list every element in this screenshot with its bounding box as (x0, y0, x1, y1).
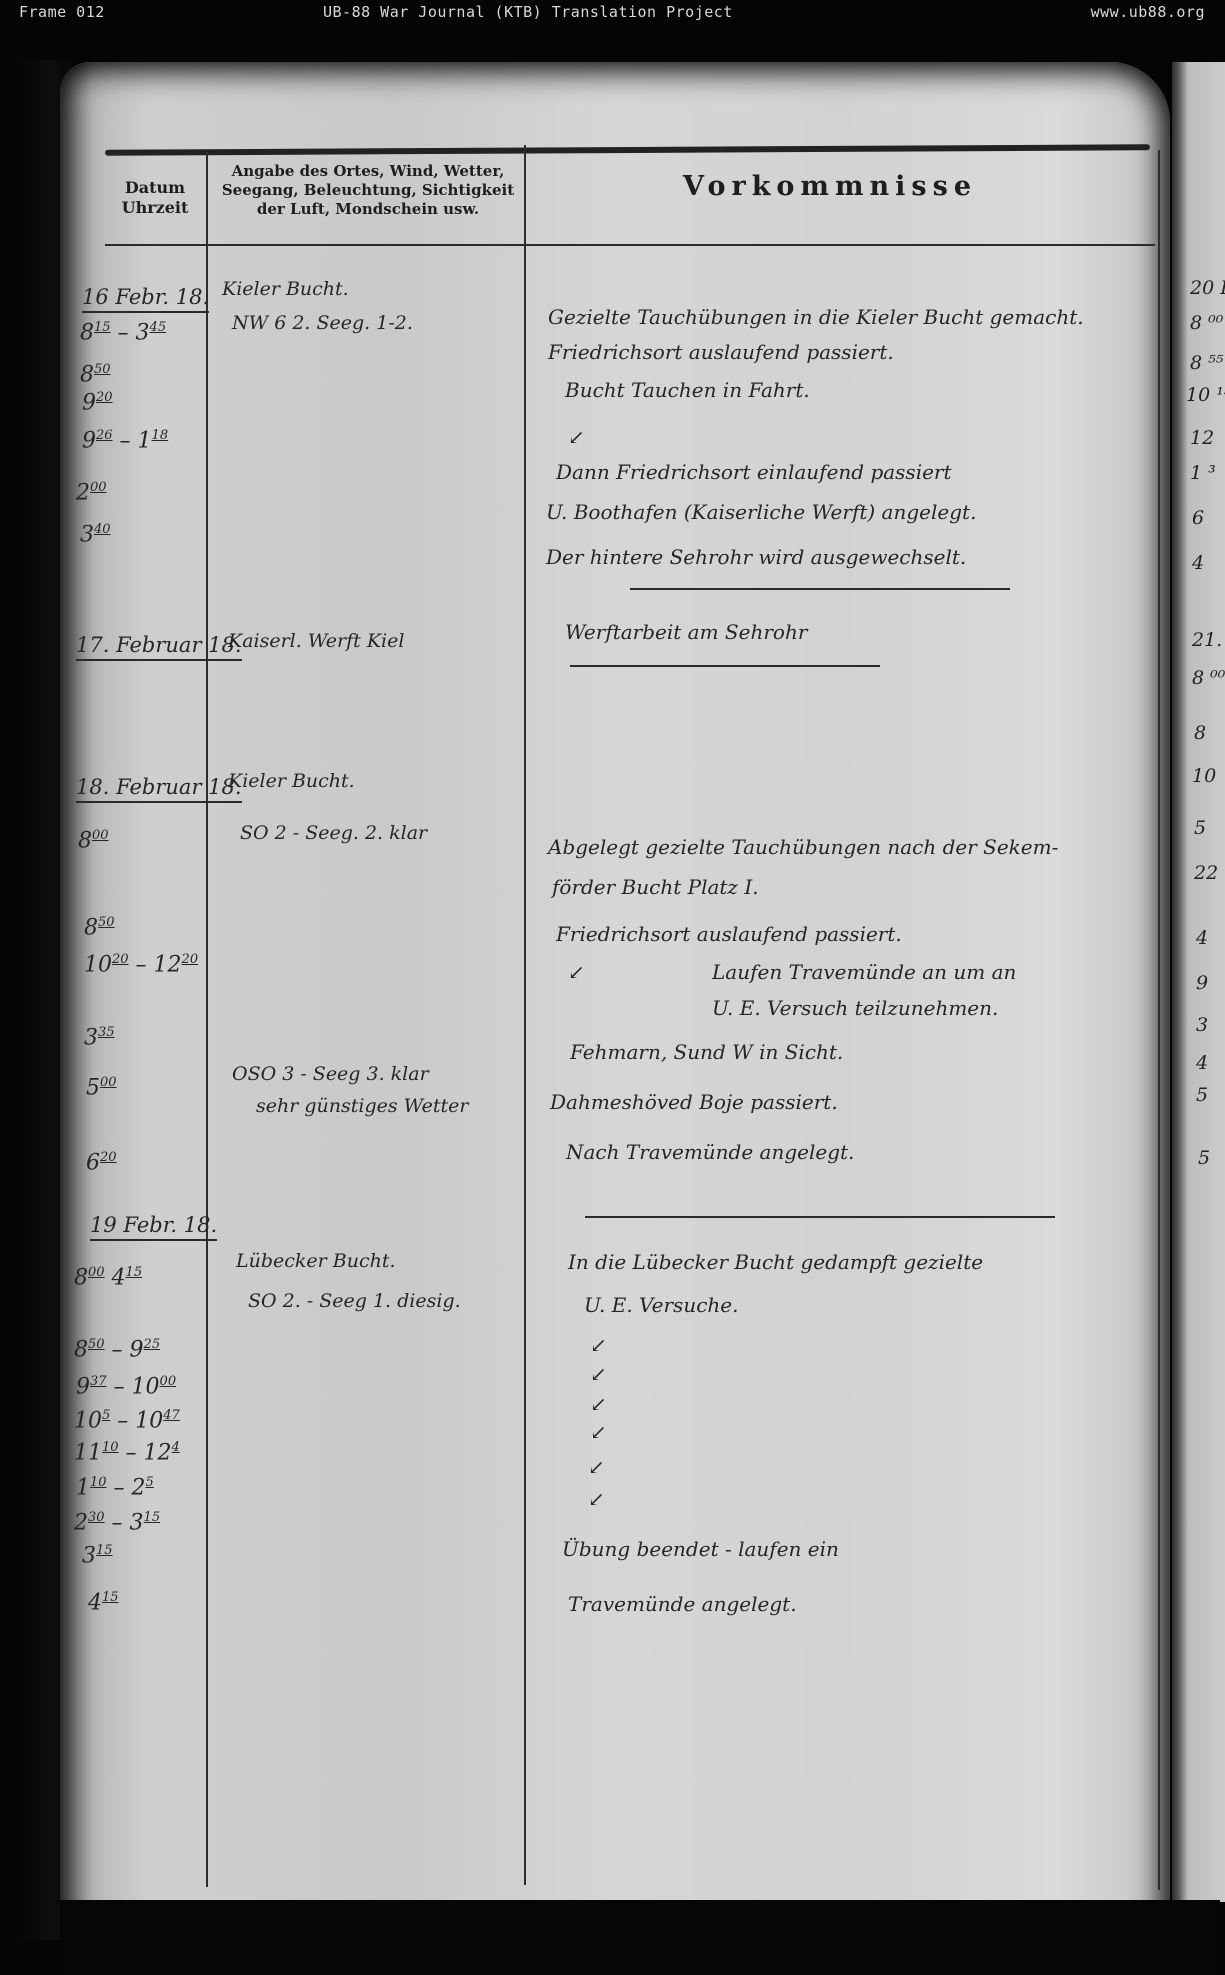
continuation-arrow-icon: ↙ (590, 1392, 607, 1416)
adjacent-page-entry: 8 ⁰⁰ (1190, 312, 1223, 334)
entry-end-rule (585, 1216, 1055, 1218)
header-events: Vorkommnisse (600, 170, 1060, 204)
entry-time: 800 415 (74, 1265, 142, 1290)
entry-time: 415 (88, 1590, 119, 1615)
continuation-arrow-icon: ↙ (588, 1455, 605, 1479)
entry-event: Der hintere Sehrohr wird ausgewechselt. (546, 545, 966, 569)
entry-weather: SO 2 - Seeg. 2. klar (240, 822, 427, 844)
entry-date: 17. Februar 18. (76, 633, 242, 661)
date-column-divider (206, 152, 208, 1887)
entry-event: Dann Friedrichsort einlaufend passiert (556, 460, 952, 484)
adjacent-page-entry: 5 (1194, 817, 1206, 839)
header-place-line1: Angabe des Ortes, Wind, Wetter, (212, 162, 524, 181)
entry-time: 500 (86, 1075, 117, 1100)
events-right-border (1158, 150, 1160, 1890)
adjacent-page-entry: 10 (1192, 765, 1216, 787)
entry-event: Travemünde angelegt. (568, 1592, 797, 1616)
entry-event: Laufen Travemünde an um an (712, 960, 1016, 984)
adjacent-page-entry: 4 (1196, 927, 1208, 949)
header-place-line2: Seegang, Beleuchtung, Sichtigkeit (212, 181, 524, 200)
entry-event: Übung beendet - laufen ein (562, 1537, 839, 1561)
adjacent-page-entry: 20 F (1190, 277, 1225, 299)
entry-place: Lübecker Bucht. (236, 1250, 396, 1272)
adjacent-page-entry: 8 ⁵⁵ (1190, 352, 1223, 374)
adjacent-page-edge: 20 F 8 ⁰⁰ 8 ⁵⁵ 10 ¹⁵ 12 1 ³ 6 4 21. 8 ⁰⁰… (1172, 62, 1225, 1902)
adjacent-page-entry: 21. (1192, 629, 1222, 651)
header-date-label: Datum (110, 178, 200, 198)
entry-weather: OSO 3 - Seeg 3. klar (232, 1063, 429, 1085)
continuation-arrow-icon: ↙ (568, 960, 585, 984)
entry-time: 1110 – 124 (74, 1440, 180, 1465)
adjacent-page-entry: 10 ¹⁵ (1186, 384, 1225, 406)
entry-time: 815 – 345 (80, 320, 166, 345)
entry-event: In die Lübecker Bucht gedampft gezielte (568, 1250, 983, 1274)
entry-time: 926 – 118 (82, 428, 168, 453)
entry-time: 1020 – 1220 (84, 952, 198, 977)
header-date-time: Datum Uhrzeit (110, 178, 200, 218)
project-title: UB-88 War Journal (KTB) Translation Proj… (323, 3, 733, 21)
scan-bottom-shadow (60, 1900, 1220, 1975)
adjacent-page-entry: 9 (1196, 972, 1208, 994)
continuation-arrow-icon: ↙ (590, 1362, 607, 1386)
entry-time: 850 – 925 (74, 1337, 160, 1362)
entry-event: Friedrichsort auslaufend passiert. (556, 922, 902, 946)
entry-end-rule (570, 665, 880, 667)
entry-weather: SO 2. - Seeg 1. diesig. (248, 1290, 461, 1312)
entry-time: 920 (82, 390, 113, 415)
entry-time: 315 (82, 1543, 113, 1568)
entry-event: Bucht Tauchen in Fahrt. (565, 378, 810, 402)
header-time-label: Uhrzeit (110, 198, 200, 218)
frame-number: Frame 012 (19, 3, 105, 21)
entry-time: 340 (80, 522, 111, 547)
adjacent-page-entry: 6 (1192, 507, 1204, 529)
entry-event: Friedrichsort auslaufend passiert. (548, 340, 894, 364)
adjacent-page-entry: 12 (1190, 427, 1214, 449)
entry-event: Nach Travemünde angelegt. (566, 1140, 854, 1164)
continuation-arrow-icon: ↙ (588, 1487, 605, 1511)
entry-date: 18. Februar 18. (76, 775, 242, 803)
entry-event: Fehmarn, Sund W in Sicht. (570, 1040, 843, 1064)
adjacent-page-entry: 22 (1194, 862, 1218, 884)
adjacent-page-entry: 4 (1192, 552, 1204, 574)
entry-weather: NW 6 2. Seeg. 1-2. (232, 312, 413, 334)
entry-event: Gezielte Tauchübungen in die Kieler Buch… (548, 305, 1084, 329)
entry-event: Abgelegt gezielte Tauchübungen nach der … (548, 835, 1058, 859)
header-place-line3: der Luft, Mondschein usw. (212, 200, 524, 219)
place-column-divider (524, 145, 526, 1885)
entry-date: 19 Febr. 18. (90, 1213, 217, 1241)
entry-time: 335 (84, 1025, 115, 1050)
header-bottom-rule (105, 244, 1155, 246)
adjacent-page-entry: 5 (1196, 1084, 1208, 1106)
adjacent-page-entry: 5 (1198, 1147, 1210, 1169)
continuation-arrow-icon: ↙ (590, 1333, 607, 1357)
entry-time: 105 – 1047 (74, 1408, 180, 1433)
entry-event: Werftarbeit am Sehrohr (565, 620, 807, 644)
adjacent-page-entry: 8 (1194, 722, 1206, 744)
header-place-weather: Angabe des Ortes, Wind, Wetter, Seegang,… (212, 162, 524, 218)
entry-weather: sehr günstiges Wetter (256, 1095, 468, 1117)
adjacent-page-entry: 1 ³ (1190, 462, 1216, 484)
adjacent-page-entry: 8 ⁰⁰ (1192, 667, 1225, 689)
entry-date: 16 Febr. 18. (82, 285, 209, 313)
entry-event: Dahmeshöved Boje passiert. (550, 1090, 838, 1114)
entry-time: 230 – 315 (74, 1510, 160, 1535)
entry-end-rule (630, 588, 1010, 590)
entry-event: U. Boothafen (Kaiserliche Werft) angeleg… (546, 500, 976, 524)
entry-time: 110 – 25 (76, 1475, 154, 1500)
entry-time: 937 – 1000 (76, 1374, 176, 1399)
adjacent-page-entry: 4 (1196, 1052, 1208, 1074)
adjacent-page-entry: 3 (1196, 1014, 1208, 1036)
entry-place: Kieler Bucht. (222, 278, 349, 300)
frame-caption-bar: Frame 012 UB-88 War Journal (KTB) Transl… (0, 0, 1225, 26)
entry-event: U. E. Versuch teilzunehmen. (712, 996, 998, 1020)
entry-time: 200 (76, 480, 107, 505)
entry-time: 620 (86, 1150, 117, 1175)
continuation-arrow-icon: ↙ (590, 1420, 607, 1444)
website-link[interactable]: www.ub88.org (1091, 3, 1205, 21)
entry-time: 800 (78, 828, 109, 853)
entry-place: Kieler Bucht. (228, 770, 355, 792)
entry-event: förder Bucht Platz I. (552, 875, 759, 899)
continuation-arrow-icon: ↙ (568, 425, 585, 449)
entry-time: 850 (84, 915, 115, 940)
entry-time: 850 (80, 362, 111, 387)
entry-event: U. E. Versuche. (584, 1293, 738, 1317)
entry-place: Kaiserl. Werft Kiel (228, 630, 404, 652)
